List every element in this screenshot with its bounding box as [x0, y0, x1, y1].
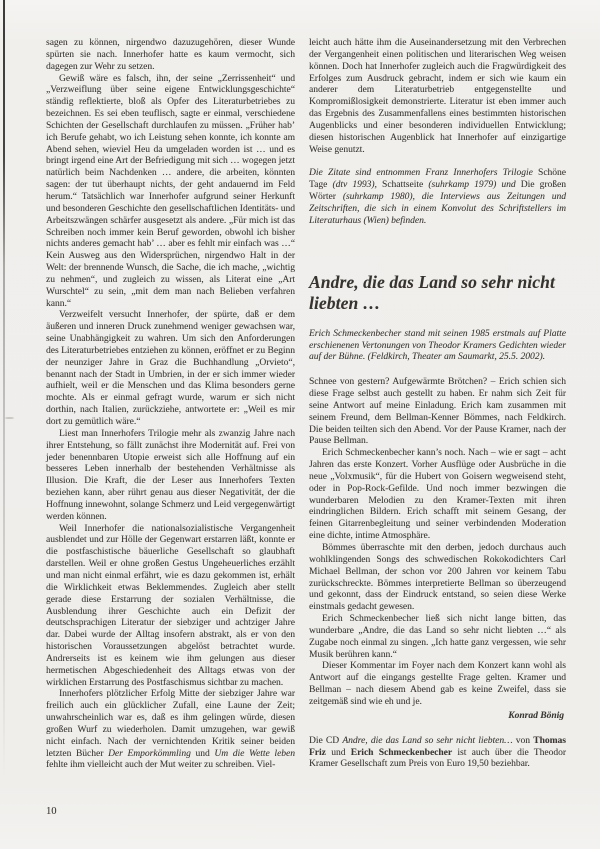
- scan-smudge-artifact: [5, 417, 14, 419]
- paragraph: Verzweifelt versucht Innerhofer, der spü…: [46, 310, 295, 428]
- cd-availability-note: Die CD Andre, die das Land so sehr nicht…: [309, 736, 566, 772]
- paragraph: Bömmes überraschte mit den derben, jedoc…: [309, 543, 566, 614]
- text-run: (suhrkamp 1980), die Interviews aus Zeit…: [309, 192, 566, 226]
- scanned-page: sagen zu können, nirgendwo dazuzugehören…: [0, 0, 600, 849]
- paragraph: Gewiß wäre es falsch, ihn, der seine „Ze…: [46, 74, 295, 311]
- text-run: …: [504, 736, 516, 746]
- right-column: leicht auch hätte ihm die Auseinanderset…: [309, 38, 566, 771]
- text-run: und: [326, 748, 351, 758]
- text-run: Bömmes überraschte mit den derben, jedoc…: [309, 543, 566, 612]
- text-run: Liest man Innerhofers Trilogie mehr als …: [46, 429, 295, 522]
- text-run: Weil Innerhofer die nationalsozialistisc…: [46, 524, 295, 688]
- paragraph: Liest man Innerhofers Trilogie mehr als …: [46, 429, 295, 524]
- text-run: Um die Wette leben: [214, 749, 295, 759]
- text-run: (dtv 1993),: [332, 180, 382, 190]
- text-run: Schattseite: [382, 180, 428, 190]
- article-title: Andre, die das Land so sehr nicht liebte…: [309, 272, 566, 314]
- text-run: leicht auch hätte ihm die Auseinanderset…: [309, 38, 566, 155]
- paragraph: Dieser Kommentar im Foyer nach dem Konze…: [309, 661, 566, 708]
- text-run: Erich Schmeckenbecher stand mit seinen 1…: [309, 329, 566, 363]
- continuation-text: leicht auch hätte ihm die Auseinanderset…: [309, 38, 566, 156]
- text-run: Der Emporkömmling: [108, 749, 191, 759]
- paragraph: Erich Schmeckenbecher ließ sich nicht la…: [309, 614, 566, 661]
- text-run: und: [191, 749, 215, 759]
- paragraph: Innerhofers plötzlicher Erfolg Mitte der…: [46, 689, 295, 772]
- text-run: Verzweifelt versucht Innerhofer, der spü…: [46, 310, 295, 427]
- paragraph: leicht auch hätte ihm die Auseinanderset…: [309, 38, 566, 156]
- text-run: von: [516, 736, 533, 746]
- paragraph: Erich Schmeckenbecher stand mit seinen 1…: [309, 329, 566, 365]
- text-run: Andre, die das Land so sehr nicht liebte…: [342, 736, 504, 746]
- paragraph: Weil Innerhofer die nationalsozialistisc…: [46, 524, 295, 690]
- source-note: Die Zitate sind entnommen Franz Innerhof…: [309, 168, 566, 227]
- text-run: Erich Schmeckenbecher kann’s noch. Nach …: [309, 448, 566, 541]
- article-body: Schnee von gestern? Aufgewärmte Brötchen…: [309, 377, 566, 709]
- text-run: Dieser Kommentar im Foyer nach dem Konze…: [309, 661, 566, 707]
- text-run: Schnee von gestern? Aufgewärmte Brötchen…: [309, 377, 566, 446]
- scan-edge-artifact: [3, 0, 5, 778]
- text-run: fehlte ihm vielleicht auch der Mut weite…: [46, 760, 275, 770]
- text-run: Die Zitate sind entnommen Franz Innerhof…: [309, 168, 538, 178]
- left-column: sagen zu können, nirgendwo dazuzugehören…: [46, 38, 295, 772]
- paragraph: Die CD Andre, die das Land so sehr nicht…: [309, 736, 566, 772]
- page-number: 10: [46, 806, 57, 817]
- paragraph: sagen zu können, nirgendwo dazuzugehören…: [46, 38, 295, 74]
- paragraph: Die Zitate sind entnommen Franz Innerhof…: [309, 168, 566, 227]
- paragraph: Schnee von gestern? Aufgewärmte Brötchen…: [309, 377, 566, 448]
- article-intro: Erich Schmeckenbecher stand mit seinen 1…: [309, 329, 566, 365]
- text-run: Gewiß wäre es falsch, ihn, der seine „Ze…: [46, 74, 295, 309]
- text-run: Erich Schmeckenbecher ließ sich nicht la…: [309, 614, 566, 660]
- author-signature: Konrad Bönig: [309, 711, 566, 723]
- text-run: Erich Schmeckenbecher: [351, 748, 452, 758]
- text-run: Die CD: [309, 736, 342, 746]
- paragraph: Erich Schmeckenbecher kann’s noch. Nach …: [309, 448, 566, 543]
- text-run: sagen zu können, nirgendwo dazuzugehören…: [46, 38, 295, 72]
- text-run: (suhrkamp 1979) und: [428, 180, 520, 190]
